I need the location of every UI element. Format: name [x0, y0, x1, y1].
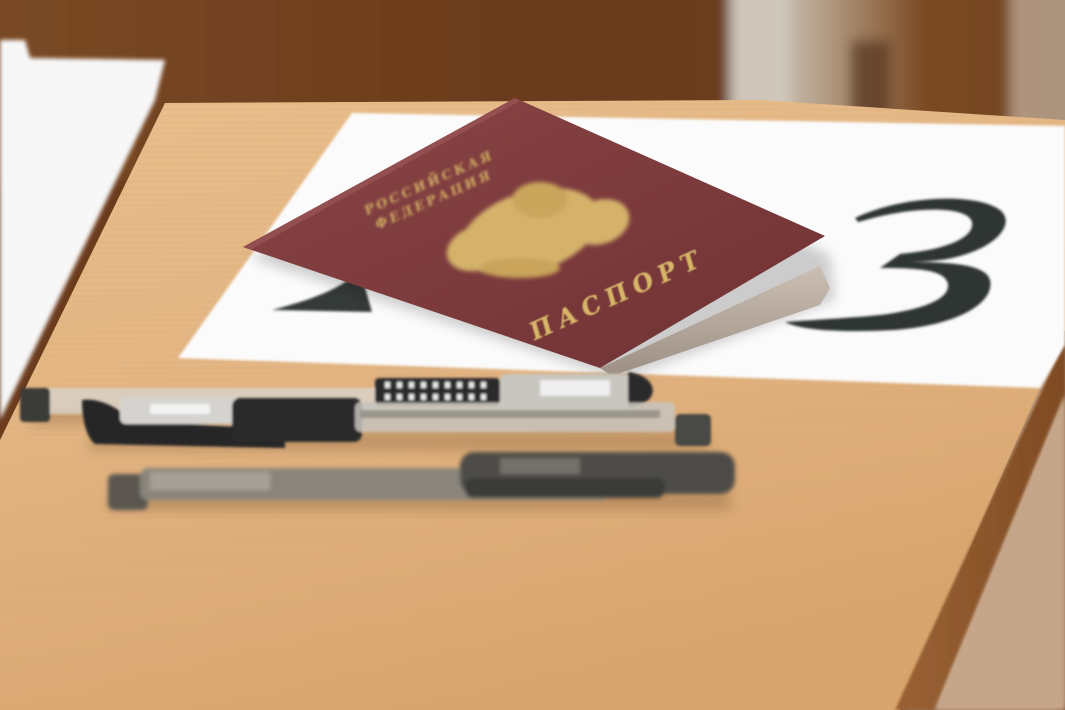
- photo-canvas: [0, 0, 1065, 710]
- photo-scene: РОССИЙСКАЯ ФЕДЕРАЦИЯ ПАСПОРТ: [0, 0, 1065, 710]
